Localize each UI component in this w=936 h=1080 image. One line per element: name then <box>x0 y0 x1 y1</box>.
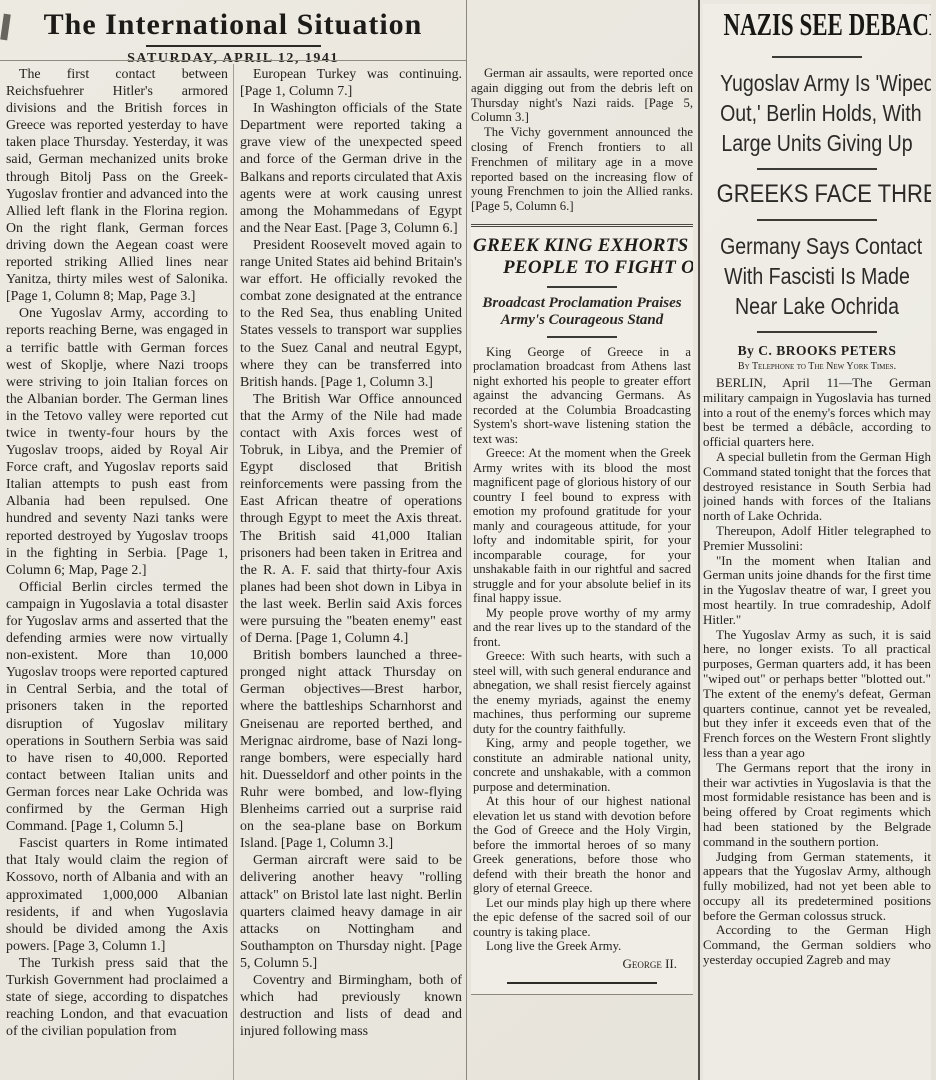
paragraph: Out,' Berlin Holds, With <box>720 98 914 128</box>
divider <box>757 331 877 333</box>
paragraph: Thereupon, Adolf Hitler telegraphed to P… <box>703 524 931 554</box>
divider <box>547 286 617 288</box>
paragraph: Near Lake Ochrida <box>720 291 914 321</box>
summary-column-1: The first contact between Reichsfuehrer … <box>6 66 228 1080</box>
end-rule <box>507 982 657 984</box>
deck-headline-2: Germany Says ContactWith Fascisti Is Mad… <box>703 231 931 321</box>
paragraph: Greece: With such hearts, with such a st… <box>473 649 691 736</box>
article-subhead: Broadcast Proclamation PraisesArmy's Cou… <box>473 295 691 329</box>
summary-continuation: German air assaults, were reported once … <box>471 66 693 214</box>
signature: George II. <box>473 956 691 972</box>
divider <box>0 60 466 61</box>
nazis-article-column: NAZIS SEE DEBACLE Yugoslav Army Is 'Wipe… <box>703 4 931 1080</box>
divider <box>772 56 862 58</box>
byline-credit: By Telephone to The New York Times. <box>703 361 931 372</box>
paragraph: Germany Says Contact <box>720 231 914 261</box>
paragraph: PEOPLE TO FIGHT ON <box>473 257 691 279</box>
paragraph: King George of Greece in a proclamation … <box>473 345 691 447</box>
paragraph: A special bulletin from the German High … <box>703 450 931 524</box>
main-headline: NAZIS SEE DEBACLE <box>724 8 911 44</box>
paragraph: In Washington officials of the State Dep… <box>240 100 462 237</box>
paragraph: The British War Office announced that th… <box>240 391 462 647</box>
paragraph: Official Berlin circles termed the campa… <box>6 579 228 835</box>
paragraph: Yugoslav Army Is 'Wiped <box>720 68 914 98</box>
paragraph: According to the German High Command, th… <box>703 923 931 967</box>
paragraph: Army's Courageous Stand <box>473 312 691 329</box>
divider <box>757 168 877 170</box>
divider <box>757 219 877 221</box>
paragraph: German air assaults, were reported once … <box>471 66 693 125</box>
paragraph: The first contact between Reichsfuehrer … <box>6 66 228 305</box>
paragraph: BERLIN, April 11—The German military cam… <box>703 376 931 450</box>
paragraph: The Turkish press said that the Turkish … <box>6 955 228 1040</box>
paragraph: My people prove worthy of my army and th… <box>473 606 691 650</box>
paragraph: "In the moment when Italian and German u… <box>703 554 931 628</box>
paragraph: Broadcast Proclamation Praises <box>473 295 691 312</box>
paragraph: One Yugoslav Army, according to reports … <box>6 305 228 579</box>
article-body: BERLIN, April 11—The German military cam… <box>703 376 931 968</box>
paragraph: With Fascisti Is Made <box>720 261 914 291</box>
deck-headline-1: Yugoslav Army Is 'WipedOut,' Berlin Hold… <box>703 68 931 158</box>
paragraph: The Vichy government announced the closi… <box>471 125 693 214</box>
paragraph: Greece: At the moment when the Greek Arm… <box>473 446 691 606</box>
paragraph: Coventry and Birmingham, both of which h… <box>240 972 462 1040</box>
sub-headline: GREEKS FACE THREAT <box>717 180 918 209</box>
article-body: King George of Greece in a proclamation … <box>473 345 691 954</box>
paragraph: European Turkey was continuing. [Page 1,… <box>240 66 462 100</box>
article-headline: GREEK KING EXHORTSPEOPLE TO FIGHT ON <box>473 235 691 279</box>
paragraph: The Yugoslav Army as such, it is said he… <box>703 628 931 761</box>
paragraph: President Roosevelt moved again to range… <box>240 237 462 391</box>
paragraph: German aircraft were said to be deliveri… <box>240 852 462 972</box>
greek-king-article: GREEK KING EXHORTSPEOPLE TO FIGHT ON Bro… <box>471 224 693 995</box>
summary-column-2: European Turkey was continuing. [Page 1,… <box>240 66 462 1080</box>
summary-column-3: German air assaults, were reported once … <box>471 66 693 1080</box>
section-title: The International Situation <box>0 0 466 42</box>
paragraph: King, army and people together, we const… <box>473 736 691 794</box>
paragraph: Fascist quarters in Rome intimated that … <box>6 835 228 955</box>
newspaper-page: The International Situation SATURDAY, AP… <box>0 0 936 1080</box>
paragraph: The Germans report that the irony in the… <box>703 761 931 850</box>
paragraph: Let our minds play high up there where t… <box>473 896 691 940</box>
paragraph: Long live the Greek Army. <box>473 939 691 954</box>
divider <box>146 45 321 47</box>
divider <box>547 336 617 338</box>
byline: By C. BROOKS PETERS <box>703 343 931 359</box>
masthead: The International Situation SATURDAY, AP… <box>0 0 466 67</box>
column-rule <box>233 64 234 1080</box>
column-rule <box>698 0 700 1080</box>
paragraph: Large Units Giving Up <box>720 128 914 158</box>
column-rule <box>466 0 467 1080</box>
paragraph: At this hour of our highest national ele… <box>473 794 691 896</box>
paragraph: British bombers launched a three-pronged… <box>240 647 462 852</box>
paragraph: Judging from German statements, it appea… <box>703 850 931 924</box>
paragraph: GREEK KING EXHORTS <box>473 235 691 257</box>
